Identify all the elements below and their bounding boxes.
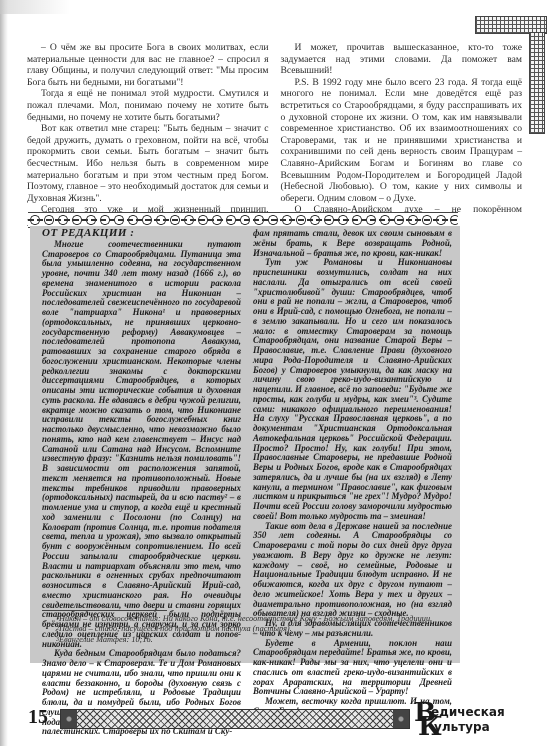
footnote: 1Никон – от словосочетания: Ни какого Ко…	[56, 614, 456, 624]
editorial-paragraph: Многие соотечественники путают Староверо…	[42, 240, 241, 650]
editorial-paragraph: Будете в Армении, поклон наш Старообрядц…	[253, 639, 452, 698]
footnote-text: Паства – стадо, пасущееся под присмотром…	[59, 624, 292, 633]
footer-ornament-band	[60, 709, 410, 729]
editorial-column-right: фам прятать стали, девок их своим сыновь…	[253, 229, 452, 737]
article-column-right: И может, прочитав вышесказанное, кто-то …	[281, 42, 523, 228]
page-number: 15	[28, 706, 48, 729]
footnote-divider	[42, 610, 167, 611]
editorial-title: ОТ РЕДАКЦИИ :	[42, 229, 241, 239]
logo-word: ультура	[434, 720, 490, 734]
footnote: 2Паства – стадо, пасущееся под присмотро…	[56, 624, 456, 634]
postscript-paragraph: P.S. В 1992 году мне было всего 23 года.…	[281, 77, 523, 205]
article-column-left: – О чём же вы просите Бога в своих молит…	[27, 42, 269, 228]
scan-artifact	[0, 0, 70, 14]
editorial-paragraph: Тут уж Романовы и Никониановы приспешник…	[253, 258, 452, 521]
paragraph: – О чём же вы просите Бога в своих молит…	[27, 42, 269, 88]
page-gutter-shadow	[0, 0, 8, 746]
paragraph: Вот как ответил мне старец: "Быть бедным…	[27, 123, 269, 204]
ornament-cap-left	[61, 710, 77, 728]
footnotes: 1Никон – от словосочетания: Ни какого Ко…	[56, 614, 456, 645]
editorial-paragraph: фам прятать стали, девок их своим сыновь…	[253, 229, 452, 258]
article-body: – О чём же вы просите Бога в своих молит…	[27, 42, 522, 228]
ornament-cap-right	[393, 710, 409, 728]
paragraph: Тогда я ещё не понимал этой мудрости. См…	[27, 88, 269, 123]
editorial-column-left: ОТ РЕДАКЦИИ : Многие соотечественники пу…	[42, 229, 241, 737]
logo-word: едическая	[431, 705, 505, 719]
magazine-logo: В едическая К ультура	[414, 700, 524, 740]
ornament-side-bar	[529, 32, 545, 134]
editorial-columns: ОТ РЕДАКЦИИ : Многие соотечественники пу…	[42, 229, 452, 737]
footnote: 3Евангелие Матфея: 10;16.	[56, 635, 456, 645]
paragraph: И может, прочитав вышесказанное, кто-то …	[281, 42, 523, 77]
editorial-box: ОТ РЕДАКЦИИ : Многие соотечественники пу…	[30, 226, 460, 663]
editorial-paragraph: Такие вот дела в Державе нашей за послед…	[253, 522, 452, 620]
footnote-text: Никон – от словосочетания: Ни какого Кон…	[59, 614, 432, 623]
footnote-text: Евангелие Матфея: 10;16.	[59, 635, 153, 644]
